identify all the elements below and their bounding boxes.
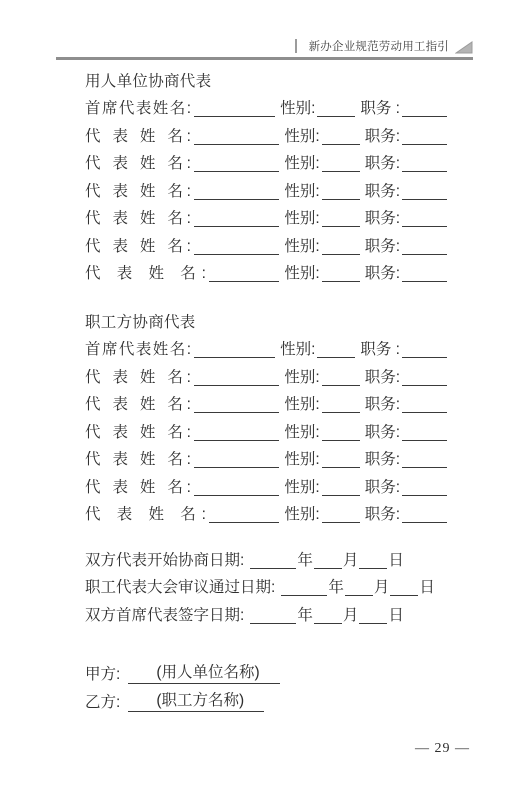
duty-label: 职务: xyxy=(365,238,400,256)
representative-row: 代 表 姓 名: 性别: 职务: xyxy=(85,146,447,174)
gender-label: 性别: xyxy=(284,128,319,146)
duty-label: 职务: xyxy=(365,155,400,173)
header-corner-triangle-icon xyxy=(455,41,473,54)
representative-row: 代 表 姓 名: 性别: 职务: xyxy=(85,201,447,229)
duty-label: 职务: xyxy=(365,265,400,283)
name-blank-line xyxy=(194,252,279,255)
gender-blank-line xyxy=(322,493,360,496)
year-unit-label: 年 xyxy=(328,579,344,597)
name-blank-line xyxy=(209,520,279,523)
party-row: 甲方: (用人单位名称) xyxy=(85,657,447,685)
gender-label: 性别: xyxy=(284,210,319,228)
duty-label: 职务: xyxy=(365,424,400,442)
gender-blank-line xyxy=(322,410,360,413)
gender-label: 性别: xyxy=(284,424,319,442)
gender-label: 性别: xyxy=(284,479,319,497)
representative-sections: 用人单位协商代表 首席代表姓名: 性别: 职务 : 代 表 姓 名: 性别: 职… xyxy=(85,63,447,524)
dates-block: 双方代表开始协商日期: 年 月 日 职工代表大会审议通过日期: 年 月 日 双方… xyxy=(85,542,447,625)
gender-blank-line xyxy=(322,224,360,227)
day-blank-line xyxy=(359,621,387,624)
gender-blank-line xyxy=(317,355,355,358)
representative-row: 代 表 姓 名: 性别: 职务: xyxy=(85,256,447,284)
name-label: 代 表 姓 名: xyxy=(85,424,191,442)
name-blank-line xyxy=(194,383,279,386)
duty-blank-line xyxy=(402,410,447,413)
duty-blank-line xyxy=(402,520,447,523)
name-blank-line xyxy=(194,493,279,496)
party-label: 甲方: xyxy=(85,666,120,684)
gender-label: 性别: xyxy=(284,506,319,524)
year-unit-label: 年 xyxy=(297,607,313,625)
representative-section: 职工方协商代表 首席代表姓名: 性别: 职务 : 代 表 姓 名: 性别: 职务… xyxy=(85,304,447,524)
duty-blank-line xyxy=(402,197,447,200)
representative-row: 首席代表姓名: 性别: 职务 : xyxy=(85,91,447,119)
duty-blank-line xyxy=(402,383,447,386)
date-label: 双方代表开始协商日期: xyxy=(85,552,244,570)
page-number: — 29 — xyxy=(415,741,470,756)
name-label: 代 表 姓 名: xyxy=(85,183,191,201)
duty-label: 职务 : xyxy=(360,341,400,359)
name-blank-line xyxy=(194,114,275,117)
year-unit-label: 年 xyxy=(297,552,313,570)
gender-blank-line xyxy=(322,279,360,282)
gender-blank-line xyxy=(317,114,355,117)
name-blank-line xyxy=(209,279,279,282)
duty-blank-line xyxy=(402,465,447,468)
name-blank-line xyxy=(194,438,279,441)
duty-blank-line xyxy=(402,355,447,358)
duty-label: 职务: xyxy=(365,369,400,387)
name-label: 代 表 姓 名: xyxy=(85,265,206,283)
gender-label: 性别: xyxy=(280,341,315,359)
document-page: 新办企业规范劳动用工指引 用人单位协商代表 首席代表姓名: 性别: 职务 : 代… xyxy=(0,0,529,794)
day-blank-line xyxy=(359,566,387,569)
duty-label: 职务: xyxy=(365,451,400,469)
name-label: 代 表 姓 名: xyxy=(85,479,191,497)
day-unit-label: 日 xyxy=(388,607,404,625)
date-label: 双方首席代表签字日期: xyxy=(85,607,244,625)
gender-label: 性别: xyxy=(284,155,319,173)
gender-label: 性别: xyxy=(284,451,319,469)
name-blank-line xyxy=(194,142,279,145)
representative-row: 代 表 姓 名: 性别: 职务: xyxy=(85,469,447,497)
duty-blank-line xyxy=(402,252,447,255)
header-divider-bar xyxy=(295,39,297,53)
name-blank-line xyxy=(194,169,279,172)
gender-blank-line xyxy=(322,142,360,145)
gender-label: 性别: xyxy=(284,183,319,201)
duty-label: 职务: xyxy=(365,210,400,228)
duty-label: 职务: xyxy=(365,506,400,524)
representative-row: 代 表 姓 名: 性别: 职务: xyxy=(85,387,447,415)
duty-blank-line xyxy=(402,169,447,172)
name-label: 代 表 姓 名: xyxy=(85,451,191,469)
duty-blank-line xyxy=(402,493,447,496)
section-rows: 首席代表姓名: 性别: 职务 : 代 表 姓 名: 性别: 职务: 代 表 姓 … xyxy=(85,332,447,525)
parties-block: 甲方: (用人单位名称) 乙方: (职工方名称) xyxy=(85,657,447,712)
representative-row: 代 表 姓 名: 性别: 职务: xyxy=(85,497,447,525)
name-blank-line xyxy=(194,465,279,468)
date-row: 职工代表大会审议通过日期: 年 月 日 xyxy=(85,570,447,598)
name-label: 代 表 姓 名: xyxy=(85,506,206,524)
year-blank-line xyxy=(250,566,296,569)
month-blank-line xyxy=(345,593,373,596)
gender-blank-line xyxy=(322,197,360,200)
duty-blank-line xyxy=(402,142,447,145)
party-row: 乙方: (职工方名称) xyxy=(85,684,447,712)
gender-blank-line xyxy=(322,465,360,468)
representative-row: 首席代表姓名: 性别: 职务 : xyxy=(85,332,447,360)
section-heading: 用人单位协商代表 xyxy=(85,63,447,91)
month-unit-label: 月 xyxy=(343,552,359,570)
section-heading: 职工方协商代表 xyxy=(85,304,447,332)
gender-label: 性别: xyxy=(284,265,319,283)
representative-row: 代 表 姓 名: 性别: 职务: xyxy=(85,228,447,256)
day-blank-line xyxy=(390,593,418,596)
day-unit-label: 日 xyxy=(419,579,435,597)
name-label: 代 表 姓 名: xyxy=(85,128,191,146)
duty-label: 职务 : xyxy=(360,100,400,118)
gender-label: 性别: xyxy=(284,369,319,387)
name-label: 代 表 姓 名: xyxy=(85,369,191,387)
name-blank-line xyxy=(194,355,275,358)
date-label: 职工代表大会审议通过日期: xyxy=(85,579,275,597)
duty-blank-line xyxy=(402,438,447,441)
representative-row: 代 表 姓 名: 性别: 职务: xyxy=(85,359,447,387)
name-label: 代 表 姓 名: xyxy=(85,396,191,414)
duty-label: 职务: xyxy=(365,128,400,146)
gender-blank-line xyxy=(322,520,360,523)
name-label: 代 表 姓 名: xyxy=(85,210,191,228)
duty-blank-line xyxy=(402,224,447,227)
year-blank-line xyxy=(250,621,296,624)
representative-row: 代 表 姓 名: 性别: 职务: xyxy=(85,442,447,470)
party-name-line: (用人单位名称) xyxy=(128,664,279,684)
header-title: 新办企业规范劳动用工指引 xyxy=(309,42,449,54)
name-blank-line xyxy=(194,410,279,413)
form-content: 用人单位协商代表 首席代表姓名: 性别: 职务 : 代 表 姓 名: 性别: 职… xyxy=(85,60,447,712)
duty-blank-line xyxy=(402,279,447,282)
gender-label: 性别: xyxy=(284,238,319,256)
year-blank-line xyxy=(281,593,327,596)
month-unit-label: 月 xyxy=(374,579,390,597)
name-label: 首席代表姓名: xyxy=(85,341,191,359)
representative-row: 代 表 姓 名: 性别: 职务: xyxy=(85,414,447,442)
party-name-line: (职工方名称) xyxy=(128,692,264,712)
day-unit-label: 日 xyxy=(388,552,404,570)
duty-label: 职务: xyxy=(365,479,400,497)
name-label: 代 表 姓 名: xyxy=(85,155,191,173)
duty-label: 职务: xyxy=(365,183,400,201)
name-blank-line xyxy=(194,224,279,227)
gender-label: 性别: xyxy=(280,100,315,118)
gender-blank-line xyxy=(322,169,360,172)
section-rows: 首席代表姓名: 性别: 职务 : 代 表 姓 名: 性别: 职务: 代 表 姓 … xyxy=(85,91,447,284)
gender-label: 性别: xyxy=(284,396,319,414)
gender-blank-line xyxy=(322,438,360,441)
representative-section: 用人单位协商代表 首席代表姓名: 性别: 职务 : 代 表 姓 名: 性别: 职… xyxy=(85,63,447,283)
page-footer: — 29 — xyxy=(397,725,470,773)
name-blank-line xyxy=(194,197,279,200)
name-label: 代 表 姓 名: xyxy=(85,238,191,256)
name-label: 首席代表姓名: xyxy=(85,100,191,118)
month-blank-line xyxy=(314,566,342,569)
representative-row: 代 表 姓 名: 性别: 职务: xyxy=(85,173,447,201)
duty-label: 职务: xyxy=(365,396,400,414)
party-label: 乙方: xyxy=(85,694,120,712)
date-row: 双方首席代表签字日期: 年 月 日 xyxy=(85,597,447,625)
gender-blank-line xyxy=(322,383,360,386)
gender-blank-line xyxy=(322,252,360,255)
date-row: 双方代表开始协商日期: 年 月 日 xyxy=(85,542,447,570)
month-blank-line xyxy=(314,621,342,624)
representative-row: 代 表 姓 名: 性别: 职务: xyxy=(85,118,447,146)
duty-blank-line xyxy=(402,114,447,117)
page-header: 新办企业规范劳动用工指引 xyxy=(56,0,473,60)
month-unit-label: 月 xyxy=(343,607,359,625)
